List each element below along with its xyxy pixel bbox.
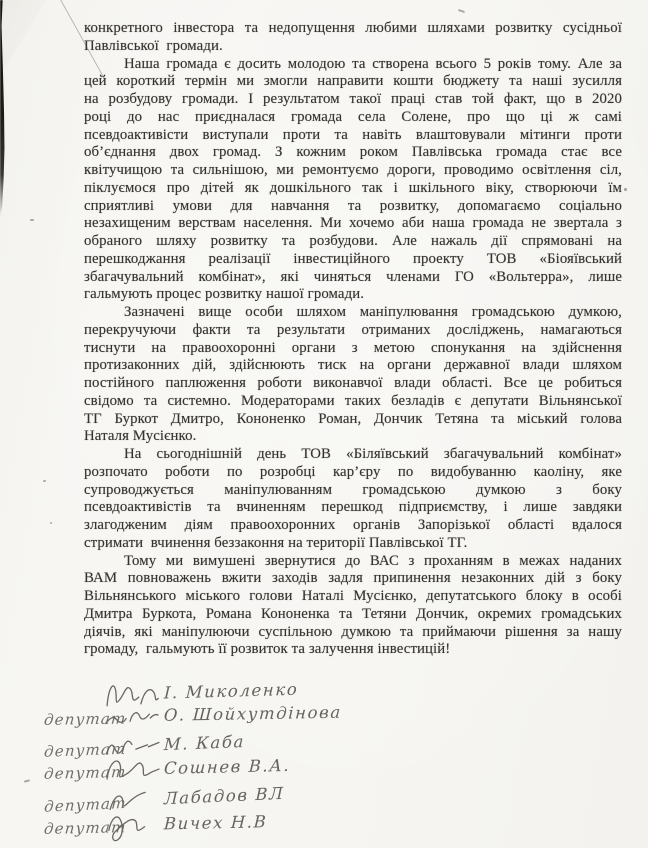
text-line: збагачувальний комбінат», які чиняться ч… xyxy=(84,269,622,287)
text-line: незахищеним верствам населення. Ми хочем… xyxy=(84,215,622,233)
text-line: Зазначені вище особи шляхом маніпулюванн… xyxy=(84,304,622,322)
signature-name: Сошнев В.А. xyxy=(164,756,291,778)
text-line: розпочато роботи по розробці кар’єру по … xyxy=(84,464,622,482)
text-line: Наталя Мусієнко. xyxy=(84,428,622,446)
text-line: ТГ Буркот Дмитро, Кононенко Роман, Дончи… xyxy=(84,411,622,429)
text-line: гальмують процес розвитку нашої громади. xyxy=(84,286,622,304)
text-line: Наша громада є досить молодою та створен… xyxy=(84,56,622,74)
scan-speck xyxy=(43,480,46,482)
signature-block: І. Миколенко депутат О. Шойхутдінова деп… xyxy=(44,672,624,848)
signature-name: І. Миколенко xyxy=(164,680,299,703)
scan-speck xyxy=(24,779,30,782)
signature-name: О. Шойхутдінова xyxy=(163,703,342,725)
text-line: конкретного інвестора та недопущення люб… xyxy=(84,20,622,38)
scanned-page: конкретного інвестора та недопущення люб… xyxy=(0,0,648,848)
text-line: році до нас приєдналася громада села Сол… xyxy=(84,109,622,127)
signature-name: Вичех Н.В xyxy=(163,812,267,833)
text-line: протизаконних дій, здійснюють тиск на ор… xyxy=(84,357,622,375)
text-line: свідомо та системно. Модераторами таких … xyxy=(84,393,622,411)
text-line: Вільнянського міського голови Наталі Мус… xyxy=(84,588,622,606)
text-line: піклуємося про дітей як дошкільного так … xyxy=(84,180,622,198)
text-line: тиснути на правоохоронні органи з метою … xyxy=(84,340,622,358)
text-line: об’єднання двох громад. З кожним роком П… xyxy=(84,144,622,162)
text-line: ВАМ повноважень вжити заходів задля прип… xyxy=(84,570,622,588)
text-line: квітучищою та сильнішою, ми ремонтуємо д… xyxy=(84,162,622,180)
text-line: постійного паплюження роботи виконавчої … xyxy=(84,375,622,393)
text-line: Павлівської громади. xyxy=(84,38,622,56)
text-line: перекручуючи факти та результати отриман… xyxy=(84,322,622,340)
text-line: злагодженим діям правоохоронних органів … xyxy=(84,517,622,535)
text-line: псевдоактивісти виступали проти та навіт… xyxy=(84,127,622,145)
text-line: обраного шляху розвитку та розбудови. Ал… xyxy=(84,233,622,251)
scan-speck xyxy=(30,219,34,221)
text-line: цей короткий термін ми змогли направити … xyxy=(84,73,622,91)
scan-speck xyxy=(458,9,465,13)
text-line: На сьогоднішній день ТОВ «Біляївський зб… xyxy=(84,446,622,464)
text-line: стримати вчинення беззаконня на територі… xyxy=(84,535,622,553)
text-line: сприятливі умови для навчання та розвитк… xyxy=(84,198,622,216)
text-line: Тому ми вимушені звернутися до ВАС з про… xyxy=(84,553,622,571)
text-line: Дмитра Буркота, Романа Кононенка та Тетя… xyxy=(84,606,622,624)
scan-speck xyxy=(50,522,52,524)
text-line: супроводжується маніпулюванням громадськ… xyxy=(84,482,622,500)
text-line: перешкоджання реалізації інвестиційного … xyxy=(84,251,622,269)
signature-row: депутат Вичех Н.В xyxy=(44,804,605,846)
text-line: псевдоактивістів та вчиненням перешкод п… xyxy=(84,499,622,517)
signature-name: Лабадов ВЛ xyxy=(164,784,285,809)
scan-speck xyxy=(624,188,627,191)
text-line: на розбудову громади. І результатом тако… xyxy=(84,91,622,109)
text-line: діячів, які маніпулюючи суспільною думко… xyxy=(84,624,622,642)
signature-name: М. Каба xyxy=(164,732,246,754)
text-line: громаду, гальмують її розвиток та залуче… xyxy=(84,641,622,659)
letter-body: конкретного інвестора та недопущення люб… xyxy=(84,20,622,659)
signature-scribble-icon xyxy=(102,807,161,844)
